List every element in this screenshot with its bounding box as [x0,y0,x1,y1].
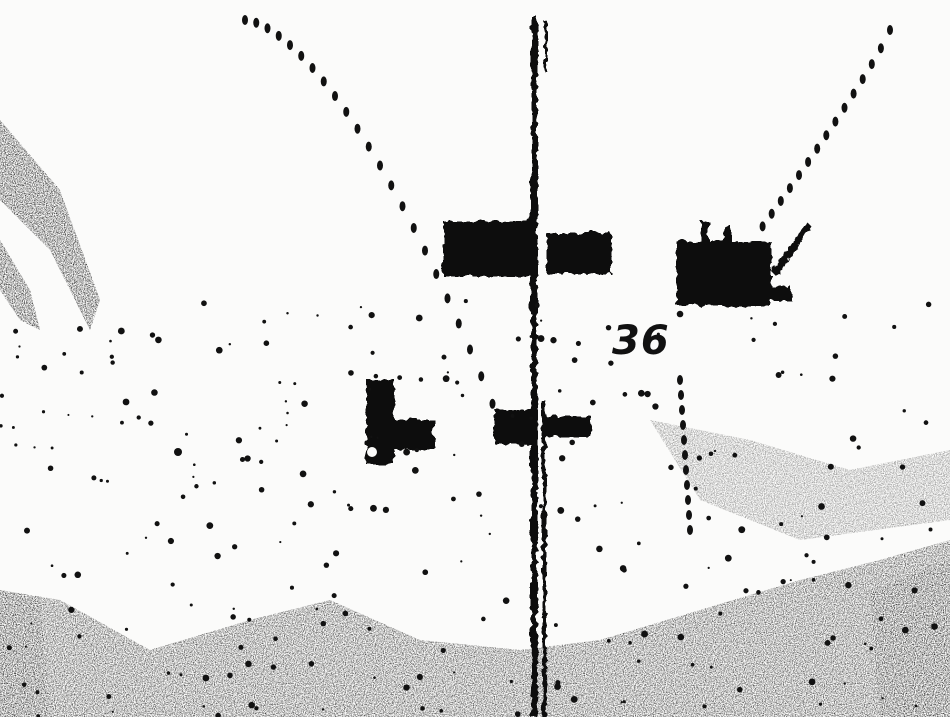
vegetation-top-left [0,120,100,330]
vertical-pole [530,15,546,717]
structure-center [365,220,610,463]
structure-window [367,447,377,457]
annotation-number: 36 [612,318,670,364]
structure-right [675,220,810,305]
photo-graphics [0,0,950,717]
terrain-bottom [0,420,950,717]
aerial-photograph: 36 [0,0,950,717]
speck [174,448,182,456]
